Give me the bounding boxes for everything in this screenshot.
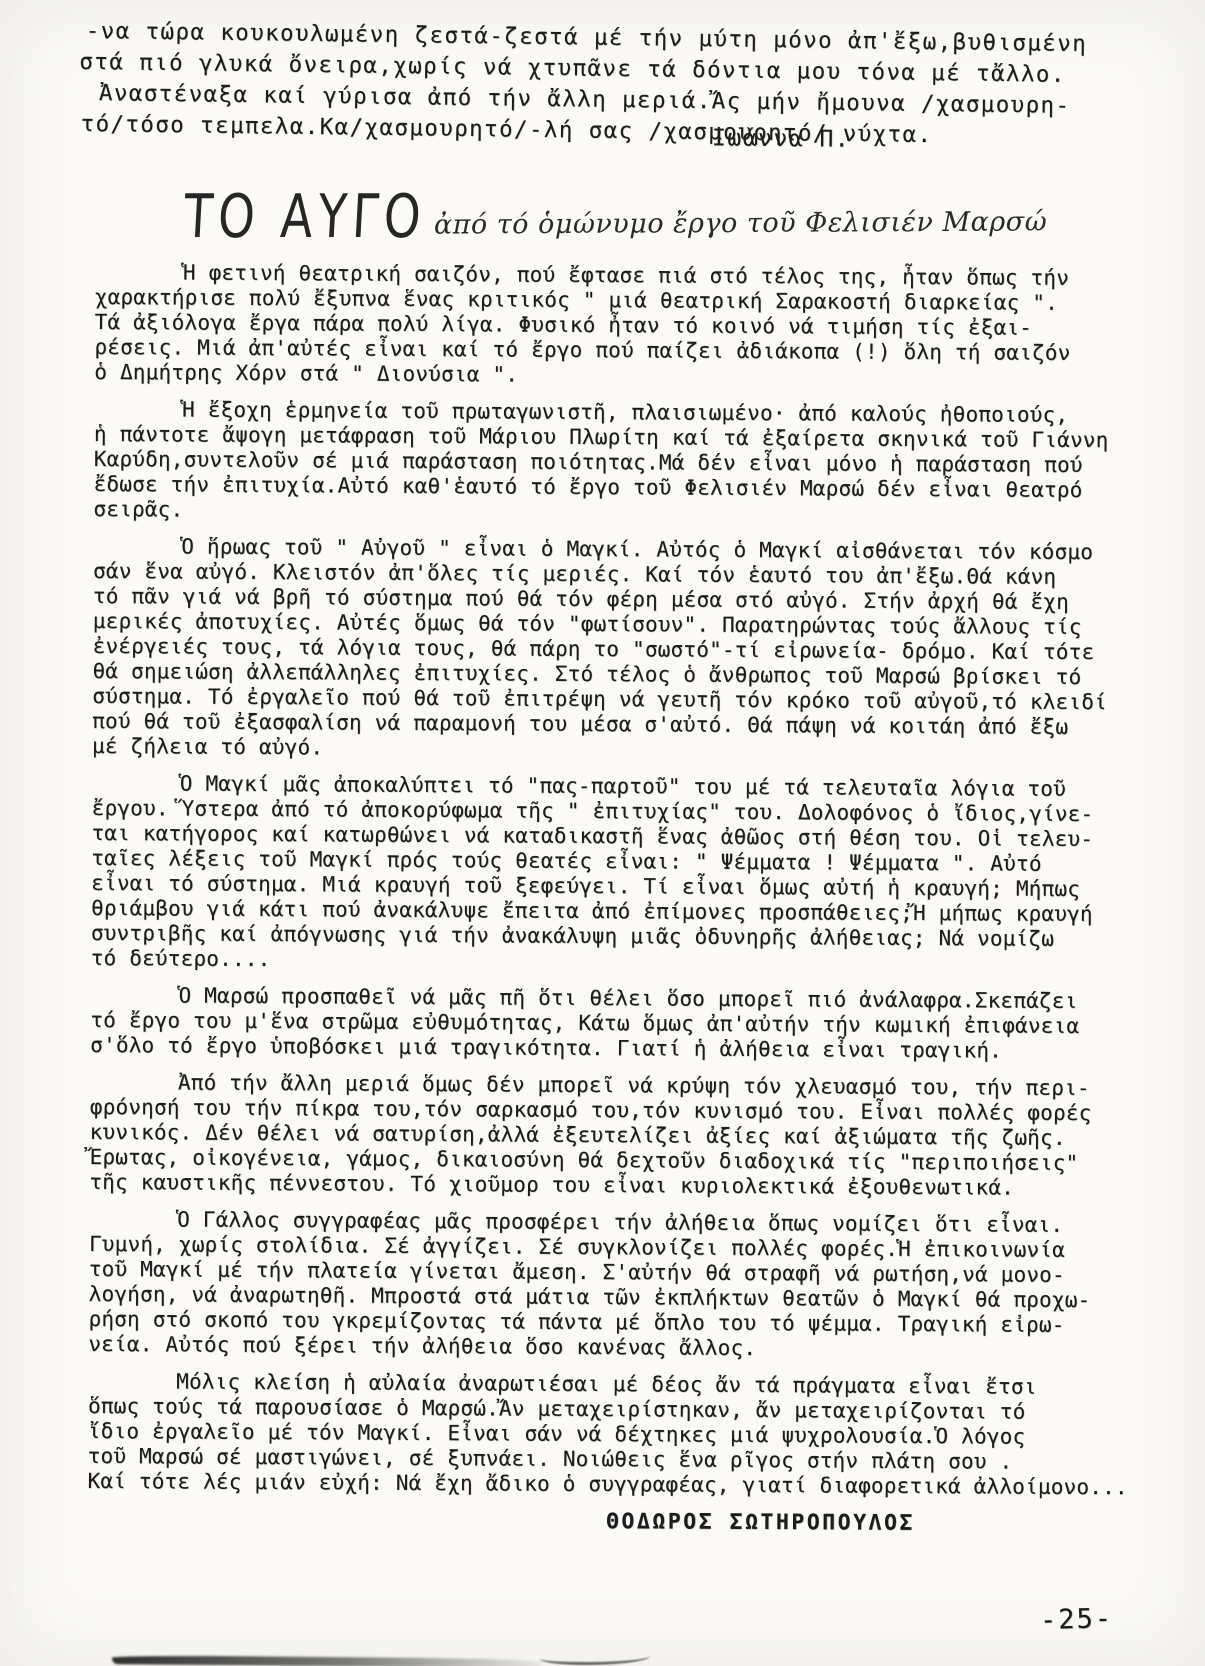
scanned-page: -να τώρα κουκουλωμένη ζεστά-ζεστά μέ τήν… <box>0 0 1205 1666</box>
scan-artifact <box>540 1650 650 1665</box>
scan-artifact <box>112 1655 542 1666</box>
paragraph: Μόλις κλείση ἡ αὐλαία ἀναρωτιέσαι μέ δέο… <box>87 1369 1133 1500</box>
paragraph: Ἡ φετινή θεατρική σαιζόν, πού ἔφτασε πιά… <box>94 260 1140 391</box>
author-signature: ΘΟΔΩΡΟΣ ΣΩΤΗΡΟΠΟΥΛΟΣ <box>606 1509 915 1536</box>
paragraph: Ἀπό τήν ἄλλη μεριά ὅμως δέν μπορεῖ νά κρ… <box>89 1070 1135 1201</box>
article-body: Ἡ φετινή θεατρική σαιζόν, πού ἔφτασε πιά… <box>87 260 1140 1512</box>
paragraph: Ὁ Μαγκί μᾶς ἀποκαλύπτει τό "πας-παρτοῦ" … <box>91 771 1137 977</box>
paragraph: Ὁ Μαρσώ προσπαθεῖ νά μᾶς πῆ ὅτι θέλει ὅσ… <box>90 983 1135 1064</box>
article-subtitle: ἀπό τό ὁμώνυμο ἔργο τοῦ Φελισιέν Μαρσώ <box>434 206 1047 240</box>
paragraph: Ὁ Γάλλος συγγραφέας μᾶς προσφέρει τήν ἀλ… <box>88 1207 1134 1363</box>
article-title: ΤΟ ΑΥΓΟ <box>182 182 428 252</box>
page-number: -25- <box>1040 1603 1114 1636</box>
paragraph: Ἡ ἔξοχη ἑρμηνεία τοῦ πρωταγωνιστῆ, πλαισ… <box>93 397 1139 528</box>
header-signature: Ιωάννα Π. <box>712 125 850 152</box>
paragraph: Ὁ ἥρωας τοῦ " Αὐγοῦ " εἶναι ὁ Μαγκί. Αὐτ… <box>92 534 1138 765</box>
header-note: -να τώρα κουκουλωμένη ζεστά-ζεστά μέ τήν… <box>84 16 1155 154</box>
